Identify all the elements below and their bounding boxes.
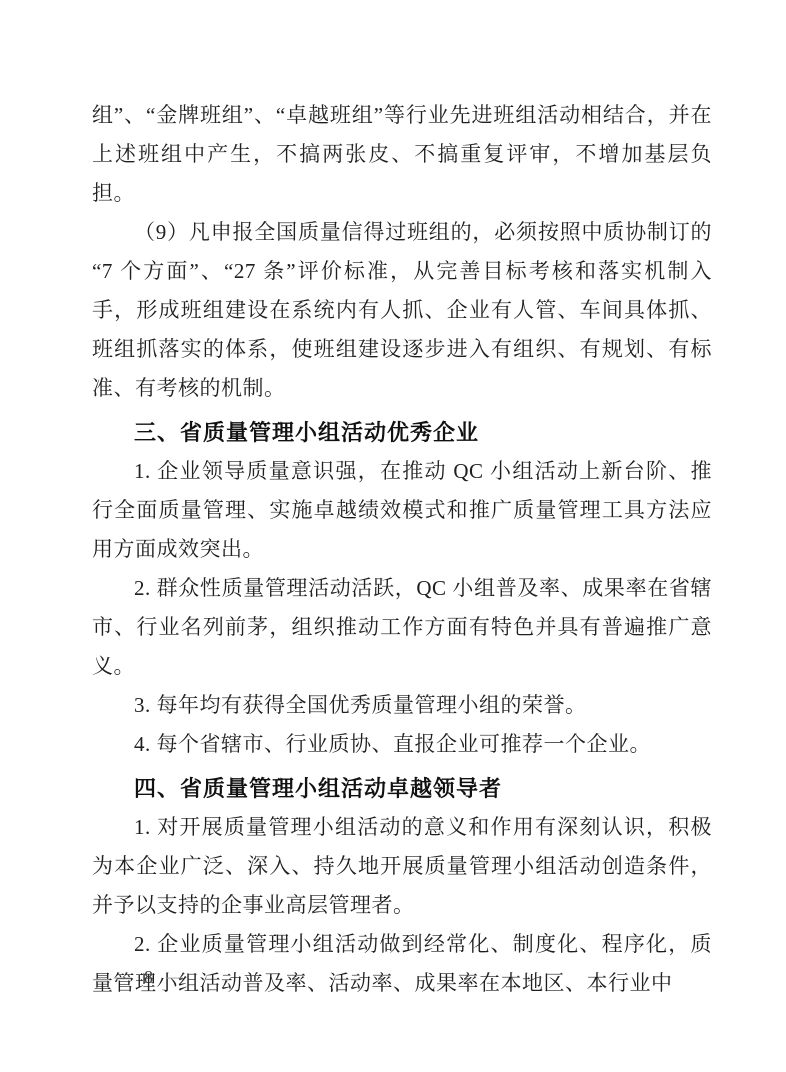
paragraph-list-item-2b: 2. 企业质量管理小组活动做到经常化、制度化、程序化，质量管理小组活动普及率、活… <box>92 925 712 1003</box>
paragraph-list-item-3: 3. 每年均有获得全国优秀质量管理小组的荣誉。 <box>92 686 712 725</box>
paragraph-item-9: （9）凡申报全国质量信得过班组的，必须按照中质协制订的“7 个方面”、“27 条… <box>92 213 712 408</box>
paragraph-list-item-4: 4. 每个省辖市、行业质协、直报企业可推荐一个企业。 <box>92 725 712 764</box>
page-number-dash-right: — <box>166 965 183 989</box>
section-heading-4: 四、省质量管理小组活动卓越领导者 <box>92 769 712 808</box>
paragraph-list-item-2: 2. 群众性质量管理活动活跃，QC 小组普及率、成果率在省辖市、行业名列前茅，组… <box>92 569 712 686</box>
page-footer: — 8 — <box>114 965 183 989</box>
page-number-dash-left: — <box>114 965 131 989</box>
document-body: 组”、“金牌班组”、“卓越班组”等行业先进班组活动相结合，并在上述班组中产生，不… <box>92 96 712 1003</box>
paragraph-list-item-1b: 1. 对开展质量管理小组活动的意义和作用有深刻认识，积极为本企业广泛、深入、持久… <box>92 808 712 925</box>
paragraph-list-item-1: 1. 企业领导质量意识强，在推动 QC 小组活动上新台阶、推行全面质量管理、实施… <box>92 452 712 569</box>
document-page: 组”、“金牌班组”、“卓越班组”等行业先进班组活动相结合，并在上述班组中产生，不… <box>0 0 786 1072</box>
page-number: 8 <box>144 965 153 989</box>
section-heading-3: 三、省质量管理小组活动优秀企业 <box>92 413 712 452</box>
paragraph-continuation: 组”、“金牌班组”、“卓越班组”等行业先进班组活动相结合，并在上述班组中产生，不… <box>92 96 712 213</box>
